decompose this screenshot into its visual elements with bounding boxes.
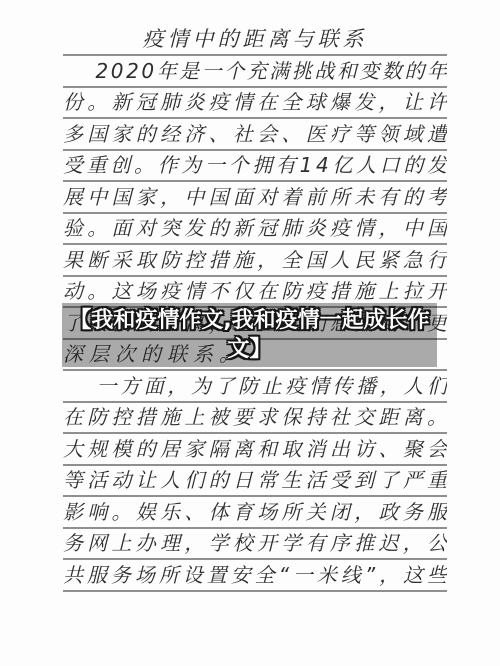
essay-row: 多国家的经济、社会、医疗等领域遭 [63,119,447,151]
essay-row: 份。新冠肺炎疫情在全球爆发，让许 [63,87,447,119]
essay-row: 共服务场所设置安全“一米线”，这些 [63,560,447,592]
essay-row: 在防控措施上被要求保持社交距离。 [63,402,447,434]
essay-row: 2020年是一个充满挑战和变数的年 [63,56,447,88]
essay-row: 受重创。作为一个拥有14亿人口的发 [63,150,447,182]
essay-row: 等活动让人们的日常生活受到了严重 [63,465,447,497]
essay-title: 疫情中的距离与联系 [63,24,447,56]
caption-line-2: 文】 [227,335,271,364]
essay-photo-page: 疫情中的距离与联系 2020年是一个充满挑战和变数的年份。新冠肺炎疫情在全球爆发… [0,0,500,666]
caption-line-1: 【我和疫情作文,我和疫情一起成长作 [69,306,429,335]
essay-row: 验。面对突发的新冠肺炎疫情，中国 [63,213,447,245]
essay-row: 展中国家，中国面对着前所未有的考 [63,182,447,214]
essay-row: 务网上办理，学校开学有序推迟，公 [63,528,447,560]
caption-overlay-banner: 【我和疫情作文,我和疫情一起成长作 文】 [62,303,437,367]
essay-row: 一方面，为了防止疫情传播，人们 [63,371,447,403]
essay-row: 影响。娱乐、体育场所关闭，政务服 [63,497,447,529]
essay-row: 果断采取防控措施，全国人民紧急行 [63,245,447,277]
essay-row: 大规模的居家隔离和取消出访、聚会 [63,434,447,466]
